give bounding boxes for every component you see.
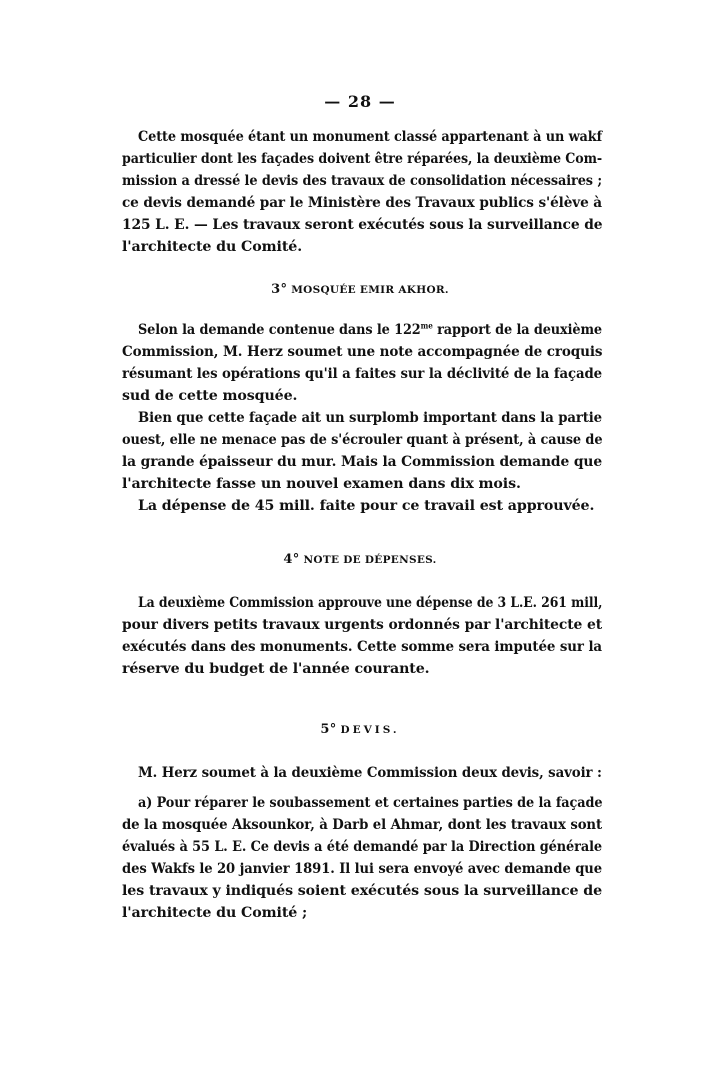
- text-line: évalués à 55 L. E. Ce devis a été demand…: [122, 836, 602, 858]
- text-line: l'architecte fasse un nouvel examen dans…: [122, 473, 602, 495]
- text-line: des Wakfs le 20 janvier 1891. Il lui ser…: [122, 858, 602, 880]
- document-page: — 28 — Cette mosquée étant un monument c…: [0, 0, 720, 1082]
- text-line: Commission, M. Herz soumet une note acco…: [122, 341, 602, 363]
- text-line: a) Pour réparer le soubassement et certa…: [138, 792, 602, 814]
- heading-text: DEVIS.: [341, 724, 400, 736]
- text-line: les travaux y indiqués soient exécutés s…: [122, 880, 602, 902]
- text-line: exécutés dans des monuments. Cette somme…: [122, 636, 602, 658]
- heading-text: MOSQUÉE EMIR AKHOR.: [291, 284, 449, 296]
- text-line: particulier dont les façades doivent êtr…: [122, 148, 602, 170]
- heading-text: NOTE DE DÉPENSES.: [303, 554, 436, 566]
- text-line: Bien que cette façade ait un surplomb im…: [138, 407, 602, 429]
- text-line: la grande épaisseur du mur. Mais la Comm…: [122, 451, 602, 473]
- text-line: l'architecte du Comité ;: [122, 902, 602, 924]
- text-line: pour divers petits travaux urgents ordon…: [122, 614, 602, 636]
- heading-number: 5°: [320, 722, 336, 737]
- text-line: La dépense de 45 mill. faite pour ce tra…: [138, 495, 602, 517]
- line-start: Selon la demande contenue dans le 122: [138, 322, 421, 338]
- text-line: La deuxième Commission approuve une dépe…: [138, 592, 602, 614]
- text-line: ce devis demandé par le Ministère des Tr…: [122, 192, 602, 214]
- text-line: ouest, elle ne menace pas de s'écrouler …: [122, 429, 602, 451]
- section-heading-3: 3° MOSQUÉE EMIR AKHOR.: [0, 282, 720, 297]
- text-line: 125 L. E. — Les travaux seront exécutés …: [122, 214, 602, 236]
- ordinal-superscript: me: [421, 320, 433, 330]
- text-line: réserve du budget de l'année courante.: [122, 658, 602, 680]
- line-end: rapport de la deuxième: [433, 322, 602, 338]
- text-line: de la mosquée Aksounkor, à Darb el Ahmar…: [122, 814, 602, 836]
- text-line: l'architecte du Comité.: [122, 236, 602, 258]
- text-line: Selon la demande contenue dans le 122me …: [138, 319, 602, 341]
- page-number: — 28 —: [0, 92, 720, 111]
- text-line: mission a dressé le devis des travaux de…: [122, 170, 602, 192]
- heading-number: 3°: [271, 282, 287, 297]
- text-line: sud de cette mosquée.: [122, 385, 602, 407]
- text-line: M. Herz soumet à la deuxième Commission …: [138, 762, 602, 784]
- heading-number: 4°: [283, 552, 299, 567]
- text-line: résumant les opérations qu'il a faites s…: [122, 363, 602, 385]
- text-line: Cette mosquée étant un monument classé a…: [138, 126, 602, 148]
- section-heading-5: 5° DEVIS.: [0, 722, 720, 737]
- section-heading-4: 4° NOTE DE DÉPENSES.: [0, 552, 720, 567]
